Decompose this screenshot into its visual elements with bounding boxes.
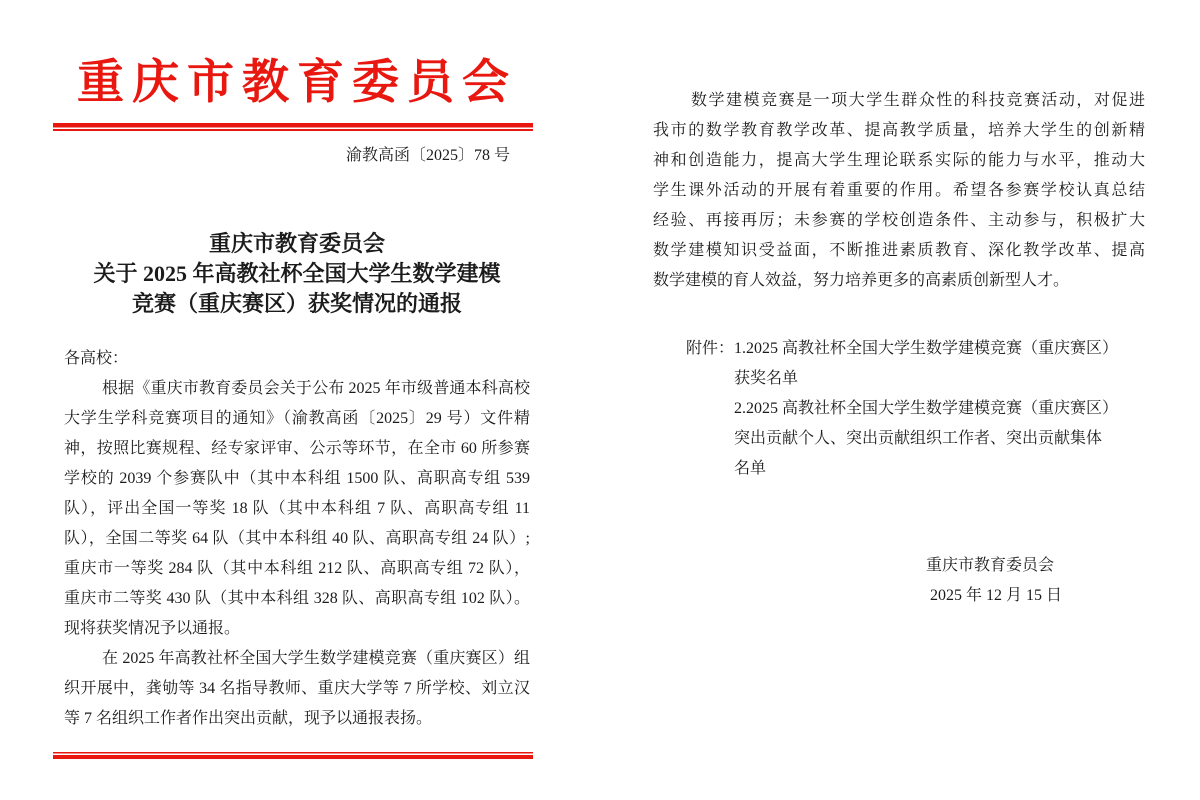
signature-agency: 重庆市教育委员会 [926,551,1145,581]
body-line: 队），评出全国一等奖 18 队（其中本科组 7 队、高职高专组 11 [64,494,530,524]
attachment-line: 1.2025 高教社杯全国大学生数学建模竞赛（重庆赛区） [734,334,1145,364]
attachment-line: 2.2025 高教社杯全国大学生数学建模竞赛（重庆赛区） [734,394,1145,424]
body-line: 我市的数学教育教学改革、提高教学质量，培养大学生的创新精 [653,116,1145,146]
attachment-line: 获奖名单 [734,364,1145,394]
body-line: 神，按照比赛规程、经专家评审、公示等环节，在全市 60 所参赛 [64,434,530,464]
body-line: 现将获奖情况予以通报。 [64,614,530,644]
body-line: 等 7 名组织工作者作出突出贡献，现予以通报表扬。 [64,704,530,734]
body-line: 在 2025 年高教社杯全国大学生数学建模竞赛（重庆赛区）组 [64,644,530,674]
attachment-line: 名单 [734,454,1145,484]
body-line: 数学建模知识受益面，不断推进素质教育、深化教学改革、提高 [653,236,1145,266]
title-line-1: 重庆市教育委员会 [64,229,530,259]
document-number: 渝教高函〔2025〕78 号 [64,145,530,167]
attachments-list: 1.2025 高教社杯全国大学生数学建模竞赛（重庆赛区） 获奖名单 2.2025… [734,334,1145,484]
letterhead-divider-line [53,123,533,131]
document-title: 重庆市教育委员会 关于 2025 年高教社杯全国大学生数学建模 竞赛（重庆赛区）… [64,229,530,319]
body-line: 大学生学科竞赛项目的通知》（渝教高函〔2025〕29 号）文件精 [64,404,530,434]
body-line: 队），全国二等奖 64 队（其中本科组 40 队、高职高专组 24 队）; [64,524,530,554]
title-line-2: 关于 2025 年高教社杯全国大学生数学建模 [64,259,530,289]
body-line: 学校的 2039 个参赛队中（其中本科组 1500 队、高职高专组 539 [64,464,530,494]
attachments-label: 附件： [686,334,734,484]
title-line-3: 竞赛（重庆赛区）获奖情况的通报 [64,289,530,319]
attachments-section: 附件： 1.2025 高教社杯全国大学生数学建模竞赛（重庆赛区） 获奖名单 2.… [653,334,1145,484]
body-line: 重庆市一等奖 284 队（其中本科组 212 队、高职高专组 72 队）， [64,554,530,584]
right-page-body: 数学建模竞赛是一项大学生群众性的科技竞赛活动，对促进 我市的数学教育教学改革、提… [653,86,1145,296]
body-line: 经验、再接再厉；未参赛的学校创造条件、主动参与，积极扩大 [653,206,1145,236]
salutation: 各高校： [64,344,530,374]
document-canvas: 重庆市教育委员会 渝教高函〔2025〕78 号 重庆市教育委员会 关于 2025… [0,0,1200,800]
page-right: 数学建模竞赛是一项大学生群众性的科技竞赛活动，对促进 我市的数学教育教学改革、提… [653,0,1145,611]
attachment-item-2: 2.2025 高教社杯全国大学生数学建模竞赛（重庆赛区） 突出贡献个人、突出贡献… [734,394,1145,484]
attachment-line: 突出贡献个人、突出贡献组织工作者、突出贡献集体 [734,424,1145,454]
body-line: 织开展中，龚劬等 34 名指导教师、重庆大学等 7 所学校、刘立汉 [64,674,530,704]
agency-letterhead: 重庆市教育委员会 [64,58,530,108]
body-line: 数学建模竞赛是一项大学生群众性的科技竞赛活动，对促进 [653,86,1145,116]
page-left: 重庆市教育委员会 渝教高函〔2025〕78 号 重庆市教育委员会 关于 2025… [64,0,530,759]
attachment-item-1: 1.2025 高教社杯全国大学生数学建模竞赛（重庆赛区） 获奖名单 [734,334,1145,394]
body-line: 重庆市二等奖 430 队（其中本科组 328 队、高职高专组 102 队）。 [64,584,530,614]
body-line: 根据《重庆市教育委员会关于公布 2025 年市级普通本科高校 [64,374,530,404]
signature-block: 重庆市教育委员会 2025 年 12 月 15 日 [653,551,1145,611]
page-footer-divider-line [53,752,533,759]
signature-date: 2025 年 12 月 15 日 [930,581,1145,611]
body-line: 神和创造能力，提高大学生理论联系实际的能力与水平，推动大 [653,146,1145,176]
body-line: 学生课外活动的开展有着重要的作用。希望各参赛学校认真总结 [653,176,1145,206]
body-line: 数学建模的育人效益，努力培养更多的高素质创新型人才。 [653,266,1145,296]
left-page-body: 各高校： 根据《重庆市教育委员会关于公布 2025 年市级普通本科高校 大学生学… [64,344,530,734]
